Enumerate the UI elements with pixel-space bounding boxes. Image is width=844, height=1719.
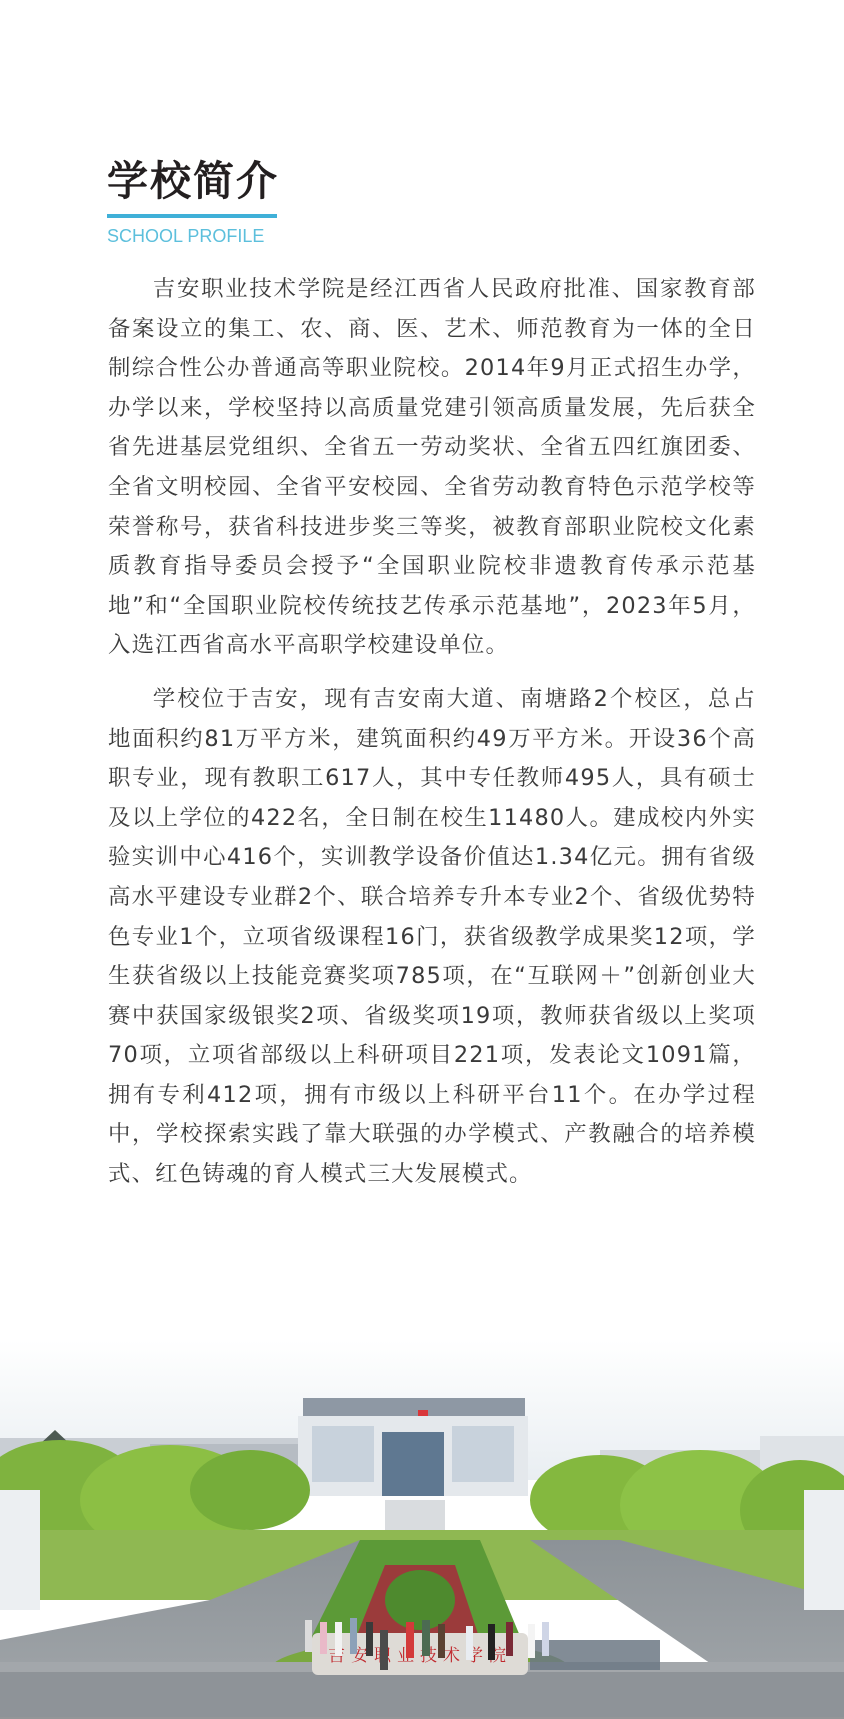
title-underline-divider: [107, 214, 277, 218]
page-title: 学校简介: [107, 156, 277, 206]
profile-body: 吉安职业技术学院是经江西省人民政府批准、国家教育部备案设立的集工、农、商、医、艺…: [108, 270, 756, 1209]
section-header: 学校简介 SCHOOL PROFILE: [107, 156, 277, 247]
page-subtitle: SCHOOL PROFILE: [107, 226, 277, 247]
campus-gate-photo: 吉安职业技术学院: [0, 1340, 844, 1719]
paragraph-intro: 吉安职业技术学院是经江西省人民政府批准、国家教育部备案设立的集工、农、商、医、艺…: [108, 270, 756, 666]
paragraph-facts: 学校位于吉安，现有吉安南大道、南塘路2个校区，总占地面积约81万平方米，建筑面积…: [108, 680, 756, 1195]
